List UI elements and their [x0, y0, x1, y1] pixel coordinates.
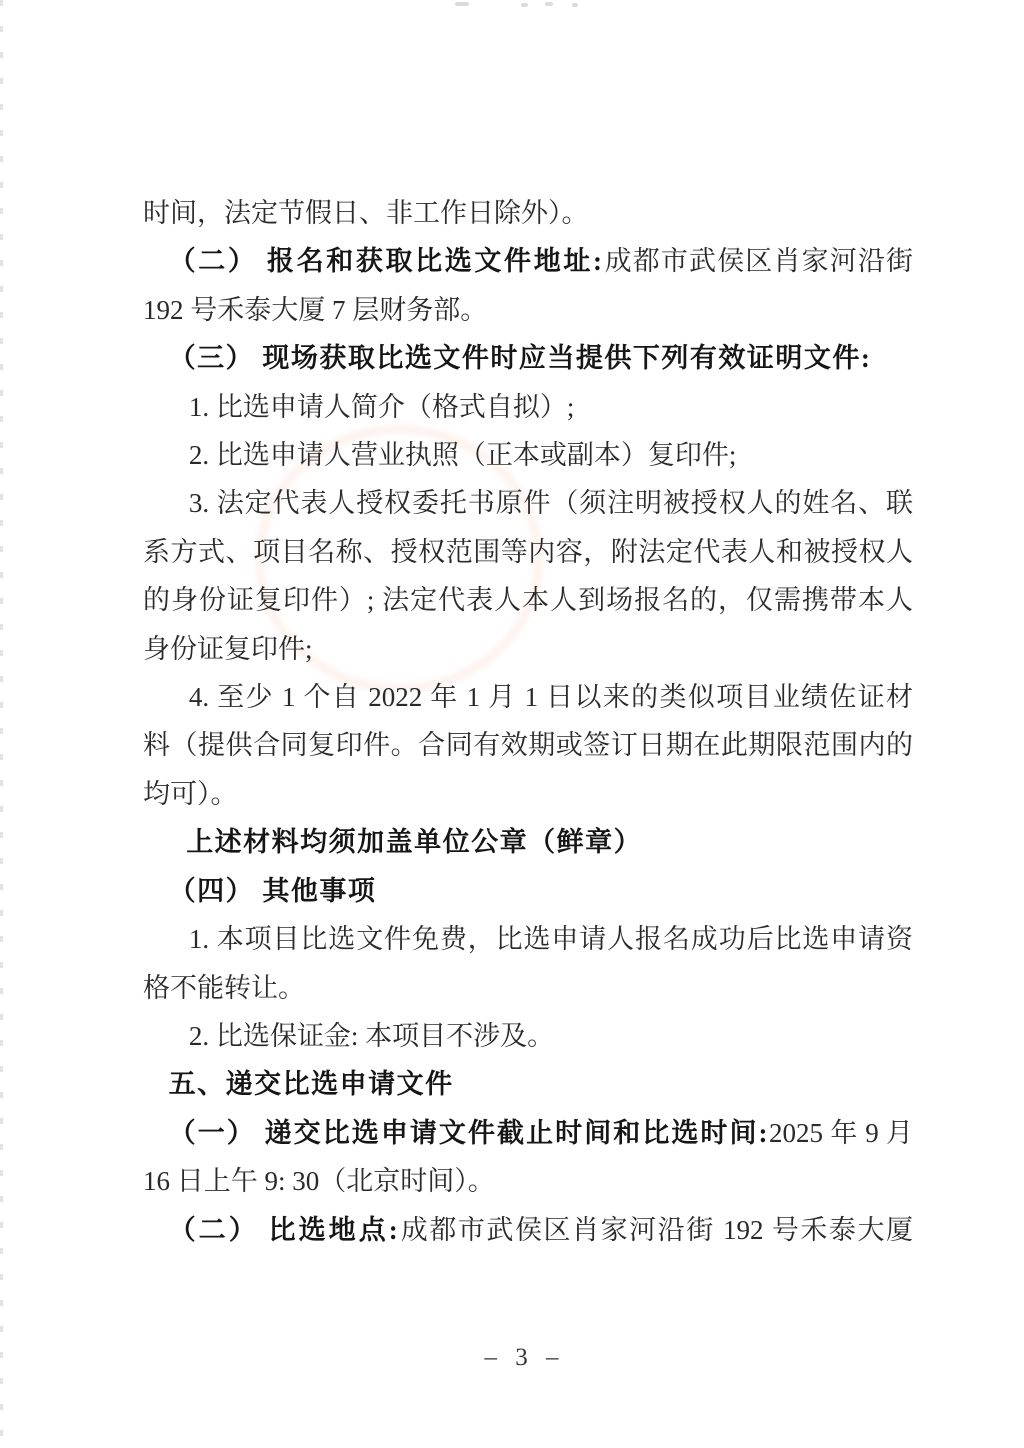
clause-label: （三） 现场获取比选文件时应当提供下列有效证明文件: — [169, 343, 872, 373]
list-item-3: 3. 法定代表人授权委托书原件（须注明被授权人的姓名、联 — [143, 479, 913, 527]
scan-edge-artifact — [0, 0, 3, 1448]
list-item-2: 2. 比选申请人营业执照（正本或副本）复印件; — [143, 431, 913, 479]
paragraph-line: 时间，法定节假日、非工作日除外）。 — [143, 189, 913, 237]
scan-speck — [572, 3, 578, 7]
paragraph-line: 均可）。 — [143, 770, 913, 818]
body-text: 1. 本项目比选文件免费，比选申请人报名成功后比选申请资 — [189, 924, 913, 954]
body-text: 均可）。 — [143, 779, 238, 809]
list-item-2: 2. 比选保证金: 本项目不涉及。 — [143, 1012, 913, 1060]
scan-speck — [545, 2, 553, 6]
body-text: 料（提供合同复印件。合同有效期或签订日期在此期限范围内的 — [143, 730, 913, 760]
document-page: 时间，法定节假日、非工作日除外）。 （二） 报名和获取比选文件地址:成都市武侯区… — [0, 0, 1024, 1448]
paragraph-line: 格不能转让。 — [143, 964, 913, 1012]
list-item-1: 1. 本项目比选文件免费，比选申请人报名成功后比选申请资 — [143, 915, 913, 963]
paragraph-line: 料（提供合同复印件。合同有效期或签订日期在此期限范围内的 — [143, 721, 913, 769]
body-text: 成都市武侯区肖家河沿街 192 号禾泰大厦 — [399, 1215, 913, 1245]
list-item-1: 1. 比选申请人简介（格式自拟）; — [143, 383, 913, 431]
body-text: 2. 比选申请人营业执照（正本或副本）复印件; — [189, 440, 737, 470]
body-text: 16 日上午 9: 30（北京时间）。 — [143, 1166, 495, 1196]
body-text: 成都市武侯区肖家河沿街 — [603, 246, 913, 276]
body-text: 3. 法定代表人授权委托书原件（须注明被授权人的姓名、联 — [189, 488, 913, 518]
clause-line-2b: （二） 比选地点:成都市武侯区肖家河沿街 192 号禾泰大厦 — [143, 1206, 913, 1254]
body-text: 时间，法定节假日、非工作日除外）。 — [143, 198, 589, 228]
body-text: 的身份证复印件）; 法定代表人本人到场报名的，仅需携带本人 — [143, 585, 913, 615]
clause-line-1: （一） 递交比选申请文件截止时间和比选时间:2025 年 9 月 — [143, 1109, 913, 1157]
body-text: 4. 至少 1 个自 2022 年 1 月 1 日以来的类似项目业绩佐证材 — [189, 682, 913, 712]
paragraph-line: 系方式、项目名称、授权范围等内容，附法定代表人和被授权人 — [143, 528, 913, 576]
paragraph-line: 身份证复印件; — [143, 625, 913, 673]
section-heading-text: 五、递交比选申请文件 — [169, 1069, 454, 1099]
scan-speck — [455, 2, 469, 6]
scan-speck — [521, 3, 528, 7]
clause-label: （二） 比选地点: — [169, 1215, 400, 1245]
clause-line-4: （四） 其他事项 — [143, 867, 913, 915]
section-heading-5: 五、递交比选申请文件 — [143, 1060, 913, 1108]
body-text: 身份证复印件; — [143, 634, 313, 664]
list-item-4: 4. 至少 1 个自 2022 年 1 月 1 日以来的类似项目业绩佐证材 — [143, 673, 913, 721]
clause-label: （二） 报名和获取比选文件地址: — [169, 246, 604, 276]
document-body: 时间，法定节假日、非工作日除外）。 （二） 报名和获取比选文件地址:成都市武侯区… — [143, 189, 913, 1254]
body-text: 1. 比选申请人简介（格式自拟）; — [189, 392, 575, 422]
body-text: 192 号禾泰大厦 7 层财务部。 — [143, 295, 487, 325]
paragraph-line: 192 号禾泰大厦 7 层财务部。 — [143, 286, 913, 334]
clause-label: （四） 其他事项 — [169, 876, 377, 906]
stamp-note-line: 上述材料均须加盖单位公章（鲜章） — [143, 818, 913, 866]
page-number: – 3 – — [10, 1344, 1024, 1372]
clause-label: （一） 递交比选申请文件截止时间和比选时间: — [169, 1118, 769, 1148]
body-text: 2025 年 9 月 — [769, 1118, 913, 1148]
body-text: 系方式、项目名称、授权范围等内容，附法定代表人和被授权人 — [143, 537, 913, 567]
paragraph-line: 16 日上午 9: 30（北京时间）。 — [143, 1157, 913, 1205]
clause-line-2: （二） 报名和获取比选文件地址:成都市武侯区肖家河沿街 — [143, 237, 913, 285]
body-text: 格不能转让。 — [143, 973, 305, 1003]
clause-line-3: （三） 现场获取比选文件时应当提供下列有效证明文件: — [143, 334, 913, 382]
paragraph-line: 的身份证复印件）; 法定代表人本人到场报名的，仅需携带本人 — [143, 576, 913, 624]
stamp-note-text: 上述材料均须加盖单位公章（鲜章） — [186, 827, 642, 857]
body-text: 2. 比选保证金: 本项目不涉及。 — [189, 1021, 554, 1051]
